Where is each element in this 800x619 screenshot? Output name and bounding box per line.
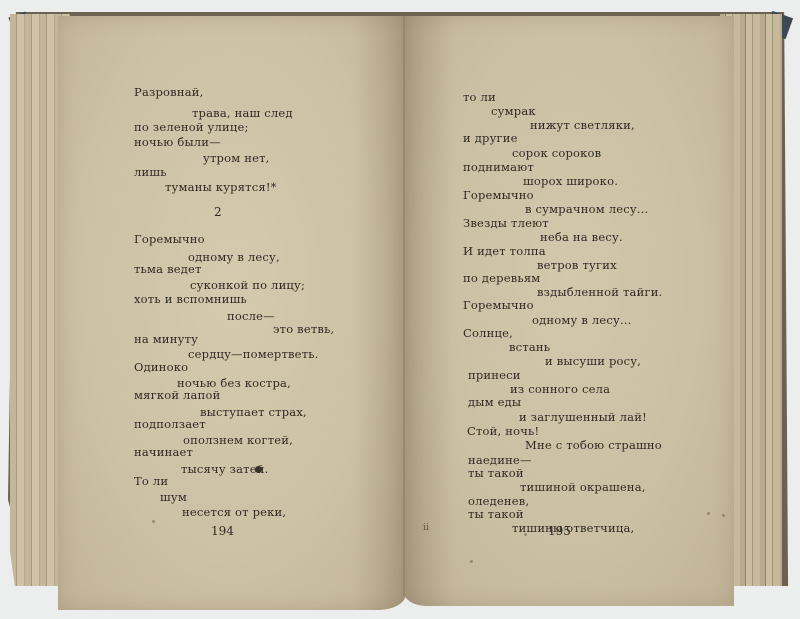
verse-line: шорох широко. bbox=[523, 174, 618, 188]
verse-line: трава, наш след bbox=[192, 106, 293, 120]
verse-line: сердцу—помертветь. bbox=[188, 347, 319, 361]
verse-line: ночью были— bbox=[134, 135, 221, 149]
paper-speck bbox=[470, 560, 473, 563]
verse-line: И идет толпа bbox=[463, 244, 546, 258]
verse-line: одному в лесу... bbox=[532, 313, 632, 327]
paper-speck bbox=[707, 512, 710, 515]
verse-line: хоть и вспомнишь bbox=[134, 292, 247, 306]
paper-speck bbox=[152, 520, 155, 523]
verse-line: Стой, ночь! bbox=[467, 424, 539, 438]
verse-line: ты такой bbox=[468, 507, 524, 521]
verse-line: Солнце, bbox=[463, 326, 513, 340]
verse-line: подползает bbox=[134, 417, 206, 431]
verse-line: оползнем когтей, bbox=[183, 433, 293, 447]
page-number-left: 194 bbox=[211, 524, 234, 538]
verse-line: Звезды тлеют bbox=[463, 216, 549, 230]
verse-line: и заглушенный лай! bbox=[519, 410, 647, 424]
verse-line: шум bbox=[160, 490, 187, 504]
verse-line: сорок сороков bbox=[512, 146, 601, 160]
section-number: 2 bbox=[214, 205, 222, 219]
verse-line: после— bbox=[227, 309, 275, 323]
page-number-right: 195 bbox=[548, 524, 571, 538]
verse-line: Горемычно bbox=[134, 232, 205, 246]
verse-line: и другие bbox=[463, 131, 518, 145]
verse-line: Одиноко bbox=[134, 360, 188, 374]
margin-mark: ii bbox=[423, 523, 429, 533]
open-book-photo: Разровнай, трава, наш след по зеленой ул… bbox=[0, 0, 800, 619]
verse-line: лишь bbox=[134, 165, 167, 179]
verse-line: встань bbox=[509, 340, 550, 354]
verse-line: из сонного села bbox=[510, 382, 610, 396]
verse-line: Разровнай, bbox=[134, 85, 203, 99]
verse-line: оледенев, bbox=[468, 494, 529, 508]
verse-line: То ли bbox=[134, 474, 168, 488]
verse-line: на минуту bbox=[134, 332, 198, 346]
verse-line: неба на весу. bbox=[540, 230, 623, 244]
verse-line: тьма ведет bbox=[134, 262, 202, 276]
verse-line: Мне с тобою страшно bbox=[525, 438, 662, 452]
verse-line: нижут светляки, bbox=[530, 118, 635, 132]
verse-line: утром нет, bbox=[203, 151, 270, 165]
verse-line: дым еды bbox=[468, 395, 521, 409]
verse-line: Горемычно bbox=[463, 298, 534, 312]
verse-line: одному в лесу, bbox=[188, 250, 280, 264]
right-page bbox=[404, 16, 734, 606]
verse-line: поднимают bbox=[463, 160, 534, 174]
verse-line: по деревьям bbox=[463, 271, 540, 285]
verse-line: принеси bbox=[468, 368, 521, 382]
verse-line: Горемычно bbox=[463, 188, 534, 202]
paper-speck bbox=[722, 514, 725, 517]
verse-line: ты такой bbox=[468, 466, 524, 480]
verse-line: тишины ответчица, bbox=[512, 521, 634, 535]
verse-line: несется от реки, bbox=[182, 505, 286, 519]
ink-blot bbox=[255, 466, 262, 473]
verse-line: сумрак bbox=[491, 104, 536, 118]
verse-line: то ли bbox=[463, 90, 496, 104]
verse-line: это ветвь, bbox=[273, 322, 334, 336]
verse-line: вздыбленной тайги. bbox=[537, 285, 662, 299]
verse-line: выступает страх, bbox=[200, 405, 307, 419]
book-gutter bbox=[403, 16, 405, 596]
verse-line: туманы курятся!* bbox=[165, 180, 277, 194]
verse-line: ветров тугих bbox=[537, 258, 617, 272]
verse-line: тишиной окрашена, bbox=[520, 480, 646, 494]
verse-line: суконкой по лицу; bbox=[190, 278, 305, 292]
verse-line: начинает bbox=[134, 445, 193, 459]
verse-line: в сумрачном лесу... bbox=[525, 202, 648, 216]
verse-line: по зеленой улице; bbox=[134, 120, 249, 134]
verse-line: и высуши росу, bbox=[545, 354, 641, 368]
verse-line: мягкой лапой bbox=[134, 388, 220, 402]
verse-line: наедине— bbox=[468, 453, 532, 467]
